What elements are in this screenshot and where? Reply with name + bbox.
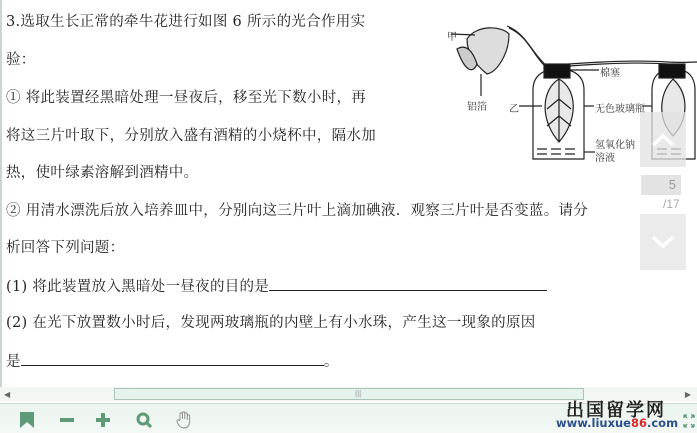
label-jia: 甲 <box>447 28 457 43</box>
text-line: ① 将此装置经黑暗处理一昼夜后，移至光下数小时，再 <box>6 88 366 108</box>
text-line: 验： <box>6 50 36 70</box>
label-solution: 溶液 <box>595 149 615 164</box>
hand-tool-icon <box>176 411 192 429</box>
answer-blank-1[interactable] <box>269 276 547 291</box>
page-number-input[interactable]: 5 <box>641 175 681 195</box>
answer-blank-2[interactable] <box>21 351 324 366</box>
text-line: 热，使叶绿素溶解到酒精中。 <box>6 163 198 183</box>
text-line: (2) 在光下放置数小时后，发现两玻璃瓶的内壁上有小水珠，产生这一现象的原因 <box>6 313 536 333</box>
end-mark: 。 <box>324 354 339 370</box>
zoom-out-icon <box>60 418 74 422</box>
watermark-logo: 出国留学网 www.liuxue86.com <box>556 396 696 433</box>
next-page-button[interactable] <box>640 214 686 270</box>
label-cotton-plug: 棉塞 <box>600 64 620 79</box>
bookmark-button[interactable] <box>18 411 36 429</box>
watermark-url: www.liuxue86.com <box>556 416 678 430</box>
question-1-text: (1) 将此装置放入黑暗处一昼夜的目的是 <box>6 279 269 295</box>
zoom-out-button[interactable] <box>58 411 76 429</box>
search-button[interactable] <box>135 411 153 429</box>
text-line: 3.选取生长正常的牵牛花进行如图 6 所示的光合作用实 <box>6 12 365 32</box>
text-line: 析回答下列问题： <box>6 238 124 258</box>
zoom-in-icon <box>96 413 110 427</box>
hand-tool-button[interactable] <box>175 411 193 429</box>
page-total: /17 <box>663 197 680 211</box>
fullscreen-icon[interactable] <box>683 414 695 428</box>
chevron-up-icon <box>651 133 675 147</box>
label-yi: 乙 <box>509 100 519 115</box>
question-1: (1) 将此装置放入黑暗处一昼夜的目的是 <box>6 276 547 297</box>
scroll-left-arrow-icon[interactable]: ◀ <box>4 390 10 399</box>
left-border <box>0 0 2 400</box>
text-line: ② 用清水漂洗后放入培养皿中，分别向这三片叶上滴加碘液．观察三片叶是否变蓝。请分 <box>6 201 588 221</box>
scrollbar-thumb[interactable]: ||| <box>114 388 584 400</box>
zoom-in-button[interactable] <box>94 411 112 429</box>
search-icon <box>136 412 152 428</box>
prev-page-button[interactable] <box>640 112 686 167</box>
question-2-text: 是 <box>6 354 21 370</box>
question-2-cont: 是。 <box>6 351 339 372</box>
grip-icon: ||| <box>355 389 361 398</box>
chevron-down-icon <box>651 235 675 249</box>
text-line: 将这三片叶取下，分别放入盛有酒精的小烧杯中，隔水加 <box>6 126 376 146</box>
bookmark-icon <box>20 412 34 428</box>
label-foil: 铝箔 <box>467 98 487 113</box>
label-glass-bottle: 无色玻璃瓶 <box>595 100 645 115</box>
